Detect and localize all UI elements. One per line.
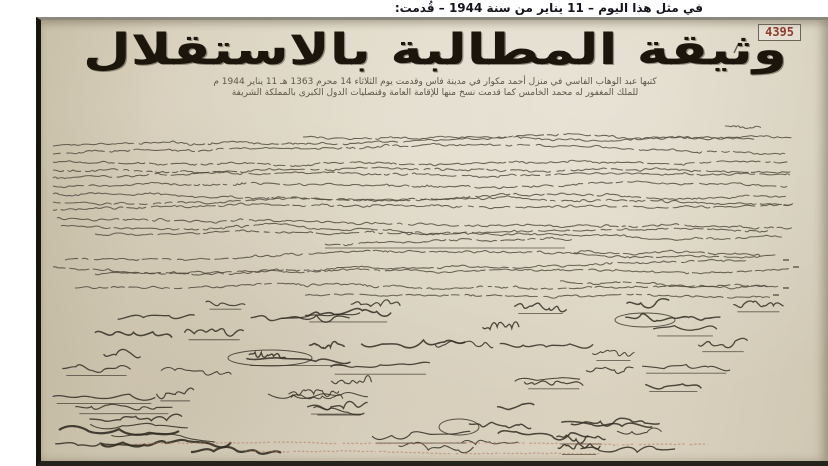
page-caption: في مثل هذا اليوم – 11 يناير من سنة 1944 … (395, 1, 703, 15)
handwritten-body-text (53, 126, 799, 298)
manuscript-art (41, 20, 828, 461)
signatures-block (53, 298, 784, 454)
document-photo: 4395 / وثيقة المطالبة بالاستقلال كتبها ع… (36, 17, 828, 466)
